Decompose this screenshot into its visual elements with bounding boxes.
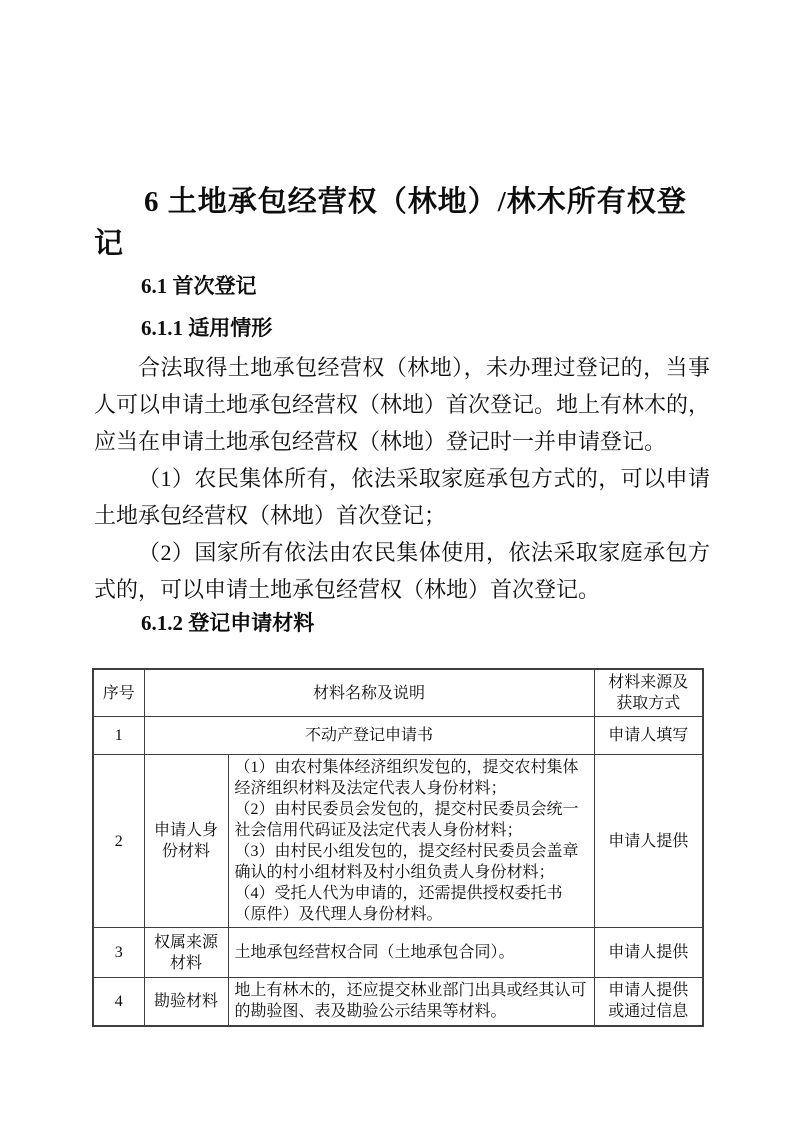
header-material-name: 材料名称及说明: [144, 669, 594, 717]
cell-description: 地上有林木的，还应提交林业部门出具或经其认可的勘验图、表及勘验公示结果等材料。: [228, 978, 594, 1026]
cell-description: （1）由农村集体经济组织发包的，提交农村集体经济组织材料及法定代表人身份材料； …: [228, 755, 594, 928]
cell-source: 申请人填写: [594, 717, 703, 755]
table-row: 3 权属来源材料 土地承包经营权合同（土地承包合同）。 申请人提供: [93, 928, 703, 978]
cell-source: 申请人提供: [594, 928, 703, 978]
cell-serial: 3: [93, 928, 144, 978]
cell-material-name: 权属来源材料: [144, 928, 228, 978]
table-header-row: 序号 材料名称及说明 材料来源及 获取方式: [93, 669, 703, 717]
table-row: 1 不动产登记申请书 申请人填写: [93, 717, 703, 755]
table-row: 4 勘验材料 地上有林木的，还应提交林业部门出具或经其认可的勘验图、表及勘验公示…: [93, 978, 703, 1026]
section-heading-6-1-1: 6.1.1 适用情形: [141, 313, 710, 343]
cell-description: 土地承包经营权合同（土地承包合同）。: [228, 928, 594, 978]
cell-serial: 4: [93, 978, 144, 1026]
cell-serial: 2: [93, 755, 144, 928]
section-heading-6-1-2: 6.1.2 登记申请材料: [141, 608, 710, 638]
cell-material-name: 申请人身份材料: [144, 755, 228, 928]
cell-serial: 1: [93, 717, 144, 755]
cell-source: 申请人提供 或通过信息: [594, 978, 703, 1026]
paragraph-item-2: （2）国家所有依法由农民集体使用，依法采取家庭承包方式的，可以申请土地承包经营权…: [94, 534, 710, 608]
paragraph-applicable-situation: 合法取得土地承包经营权（林地），未办理过登记的，当事人可以申请土地承包经营权（林…: [94, 349, 710, 460]
section-heading-6-1: 6.1 首次登记: [141, 271, 710, 301]
header-material-source: 材料来源及 获取方式: [594, 669, 703, 717]
header-serial-number: 序号: [93, 669, 144, 717]
materials-table: 序号 材料名称及说明 材料来源及 获取方式 1 不动产登记申请书 申请人填写 2…: [92, 668, 704, 1027]
cell-source: 申请人提供: [594, 755, 703, 928]
document-content: 6 土地承包经营权（林地）/林木所有权登记 6.1 首次登记 6.1.1 适用情…: [94, 0, 710, 1027]
table-row: 2 申请人身份材料 （1）由农村集体经济组织发包的，提交农村集体经济组织材料及法…: [93, 755, 703, 928]
cell-description: 不动产登记申请书: [144, 717, 594, 755]
page-title: 6 土地承包经营权（林地）/林木所有权登记: [94, 181, 710, 265]
document-page: 6 土地承包经营权（林地）/林木所有权登记 6.1 首次登记 6.1.1 适用情…: [0, 0, 793, 1122]
paragraph-item-1: （1）农民集体所有，依法采取家庭承包方式的，可以申请土地承包经营权（林地）首次登…: [94, 460, 710, 534]
cell-material-name: 勘验材料: [144, 978, 228, 1026]
